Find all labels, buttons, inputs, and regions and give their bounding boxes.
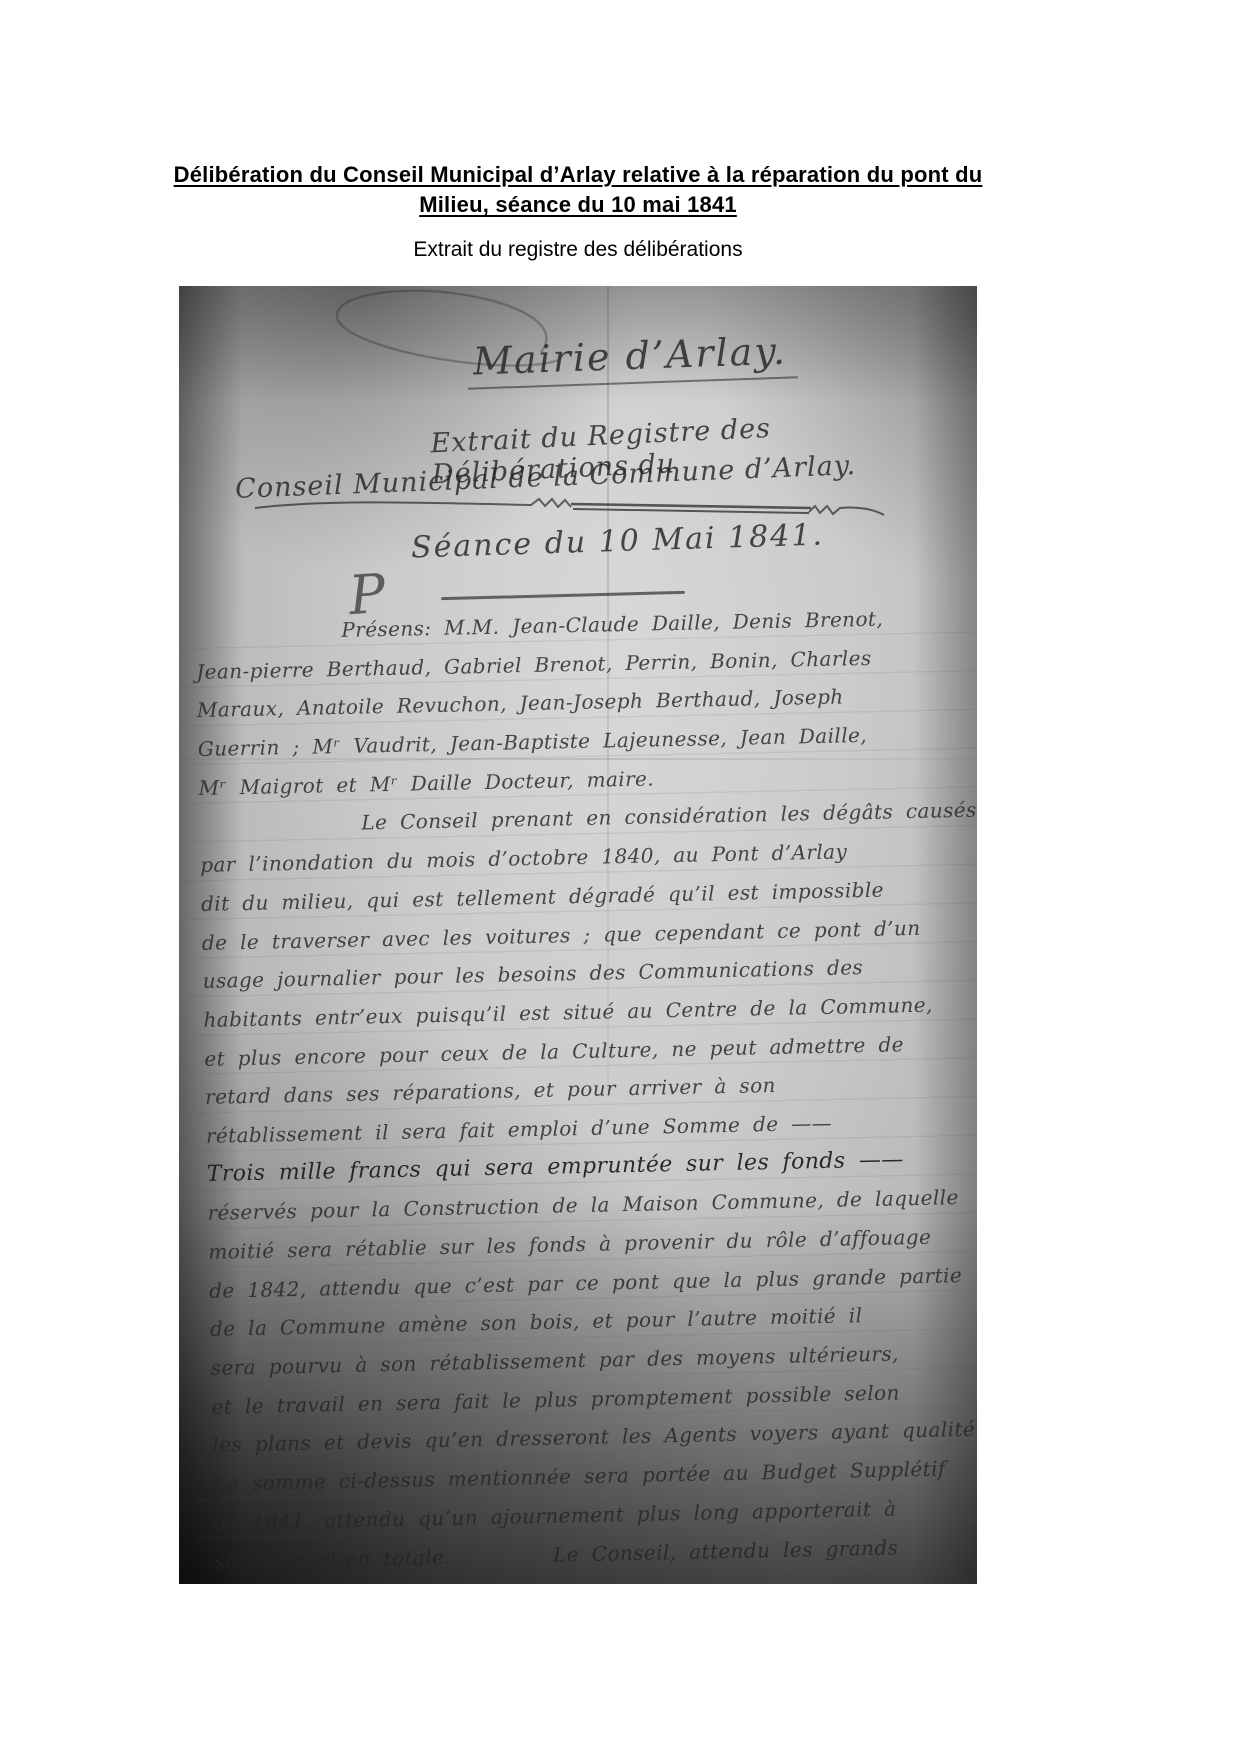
document-page: Délibération du Conseil Municipal d’Arla… (58, 0, 1098, 1584)
manuscript-photo: Mairie d’Arlay. Extrait du Registre des … (179, 286, 977, 1584)
manuscript-heading: Mairie d’Arlay. (466, 328, 797, 389)
paraph-underline (441, 591, 685, 600)
manuscript-body: Présens: M.M. Jean-Claude Daille, Denis … (195, 598, 977, 1581)
page-subtitle: Extrait du registre des délibérations (58, 238, 1098, 262)
page-title-line-1: Délibération du Conseil Municipal d’Arla… (58, 160, 1098, 190)
page-title-line-2: Milieu, séance du 10 mai 1841 (58, 190, 1098, 220)
manuscript-seance-line: Séance du 10 Mai 1841. (411, 518, 825, 566)
page-title: Délibération du Conseil Municipal d’Arla… (58, 160, 1098, 220)
